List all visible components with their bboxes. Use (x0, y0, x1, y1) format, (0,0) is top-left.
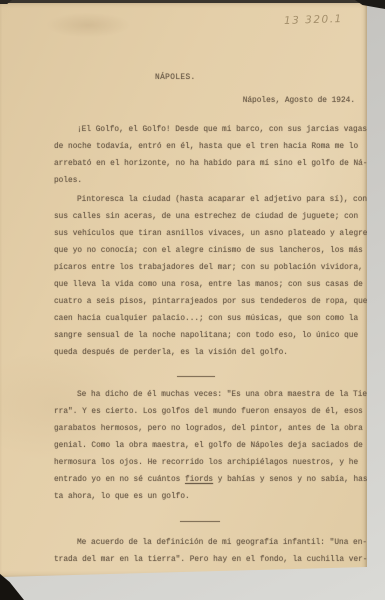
text-line: sangre sensual de la noche napolitana; c… (54, 328, 366, 345)
text-line-with-underline: entrado yo en no sé cuántos fiords y bah… (54, 472, 366, 489)
text-line: trada del mar en la tierra". Pero hay en… (54, 552, 366, 569)
text-line: caen hacia cualquier palacio...; con sus… (54, 311, 366, 328)
paragraph-2: Pintoresca la ciudad (hasta acaparar el … (54, 192, 366, 362)
text-line: sus vehículos que tiran asnillos vivaces… (54, 226, 366, 243)
text-segment: entrado yo en no sé cuántos (54, 476, 185, 484)
paragraph-3: Se ha dicho de él muchas veces: "Es una … (54, 387, 366, 506)
text-line: que lleva la vida como una rosa, entre l… (54, 277, 366, 294)
text-segment: y bahías y senos y no sabía, has- (213, 476, 372, 484)
text-line: arrebató en el horizonte, no ha habido p… (54, 156, 366, 173)
paper-sheet: 13 320.1 NÁPOLES. Nápoles, Agosto de 192… (0, 2, 367, 578)
underlined-word: fiords (185, 476, 213, 484)
text-line: pícaros entre los trabajadores del mar; … (54, 260, 366, 277)
text-line: que yo no conocía; con el alegre cinismo… (54, 243, 366, 260)
text-line: sus calles sin aceras, de una estrechez … (54, 209, 366, 226)
text-line: Me acuerdo de la definición de mi geogra… (54, 535, 366, 552)
text-line: de noche todavía, entró en él, hasta que… (54, 139, 366, 156)
letter-title: NÁPOLES. (155, 74, 196, 82)
typed-divider-rule (177, 376, 215, 377)
scan-top-edge (0, 0, 385, 3)
paragraph-4: Me acuerdo de la definición de mi geogra… (54, 535, 366, 569)
text-line: hermosura los ojos. He recorrido los arc… (54, 455, 366, 472)
text-line: poles. (54, 173, 366, 190)
text-line: rra". Y es cierto. Los golfos del mundo … (54, 404, 366, 421)
text-line: Pintoresca la ciudad (hasta acaparar el … (54, 192, 366, 209)
text-line: genial. Como la obra maestra, el golfo d… (54, 438, 366, 455)
archive-mark: 13 320.1 (284, 13, 343, 27)
text-line: cuatro a seis pisos, pintarrajeados por … (54, 294, 366, 311)
typed-divider-rule (180, 521, 220, 522)
text-line: ¡El Golfo, el Golfo! Desde que mi barco,… (54, 122, 366, 139)
dateline: Nápoles, Agosto de 1924. (243, 97, 355, 105)
text-line: garabatos hermosos, pero no logrados, de… (54, 421, 366, 438)
text-line: ta ahora, lo que es un golfo. (54, 489, 366, 506)
text-line: queda después de perderla, es la visión … (54, 345, 366, 362)
scanned-letter-page: 13 320.1 NÁPOLES. Nápoles, Agosto de 192… (0, 0, 385, 600)
paragraph-1: ¡El Golfo, el Golfo! Desde que mi barco,… (54, 122, 366, 190)
text-line: Se ha dicho de él muchas veces: "Es una … (54, 387, 366, 404)
